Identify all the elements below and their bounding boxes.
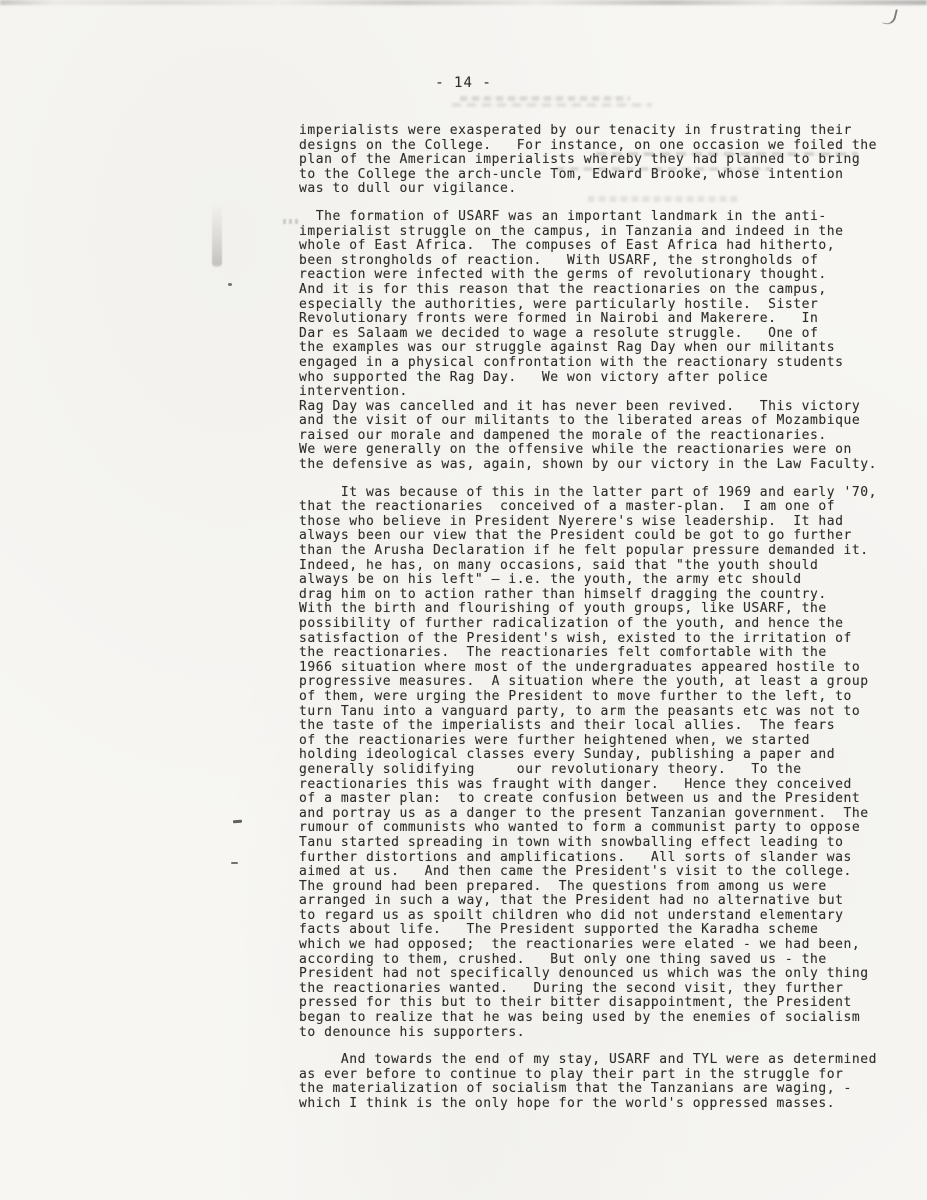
crease-dot-artifact <box>228 283 232 286</box>
smudge-artifact <box>452 103 652 107</box>
smudge-artifact <box>460 96 630 101</box>
page-number: - 14 - <box>0 75 927 91</box>
scan-edge-artifact <box>0 0 927 5</box>
corner-mark-artifact <box>882 7 898 26</box>
paragraph-4: And towards the end of my stay, USARF an… <box>299 1053 884 1111</box>
body-text: imperialists were exasperated by our ten… <box>299 124 884 1112</box>
paragraph-3: It was because of this in the latter par… <box>299 486 884 1041</box>
document-page: - 14 - imperialists were exasperated by … <box>0 0 927 1200</box>
margin-dash-artifact <box>233 820 242 824</box>
paragraph-2: The formation of USARF was an important … <box>299 210 884 473</box>
paragraph-1: imperialists were exasperated by our ten… <box>299 124 884 197</box>
margin-dash-artifact <box>231 862 238 864</box>
crease-artifact <box>212 205 222 267</box>
